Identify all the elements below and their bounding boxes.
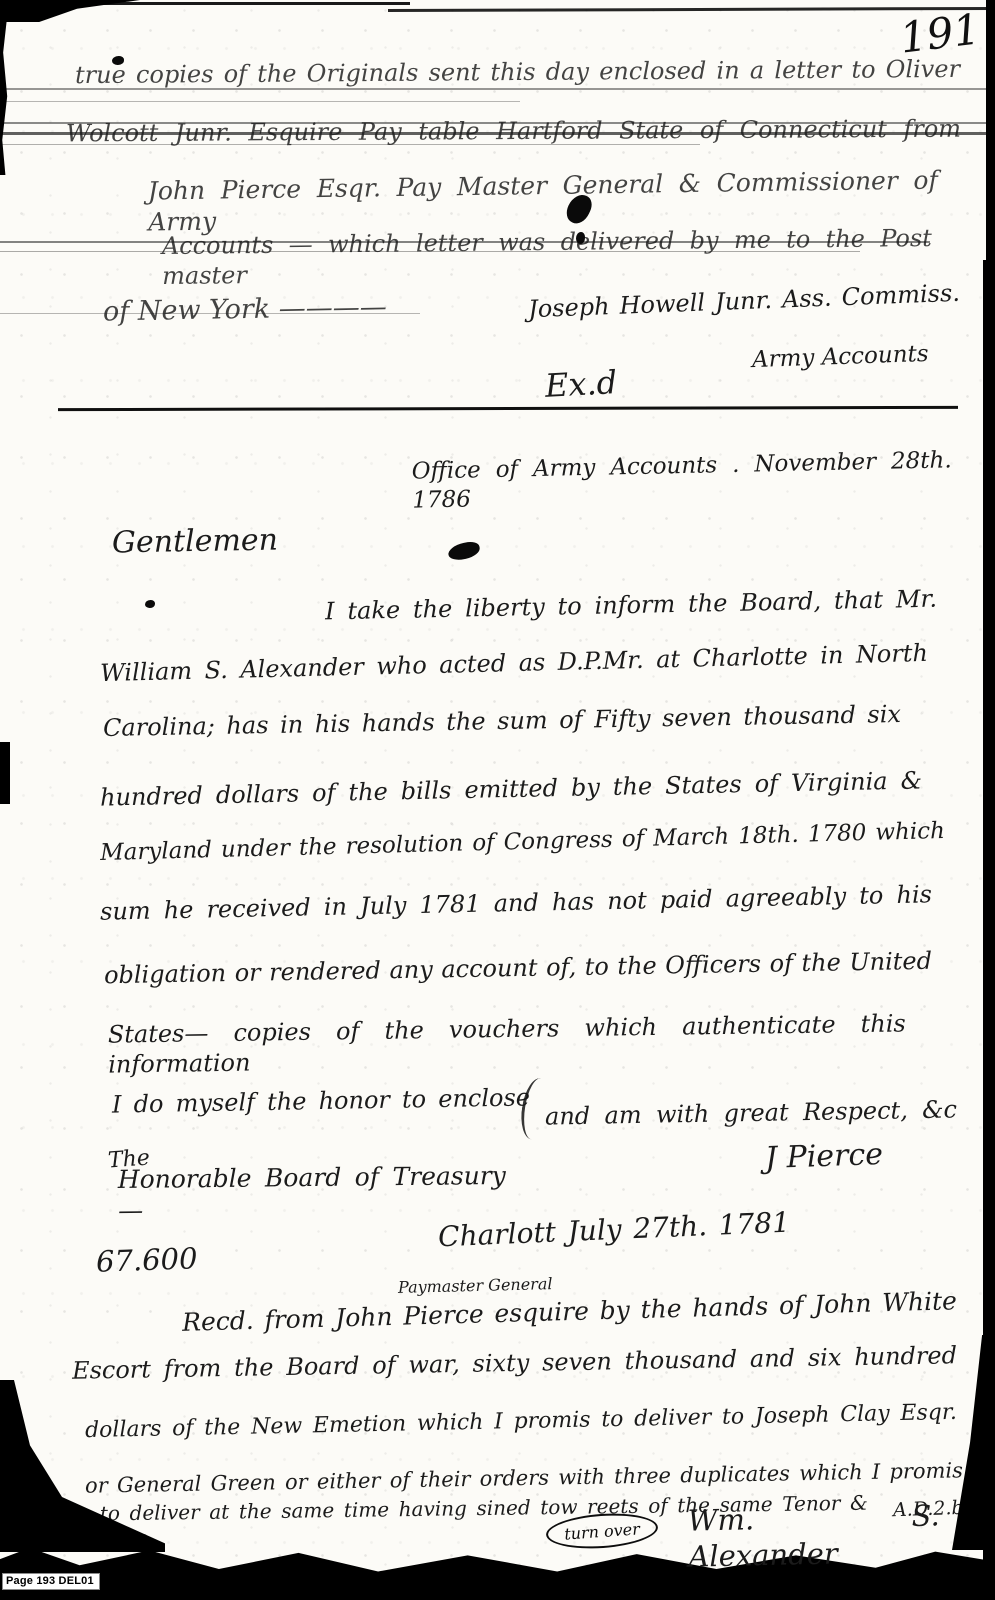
letter-signature: J Pierce	[764, 1136, 883, 1178]
docket-line: Wolcott Junr. Esquire Pay table Hartford…	[66, 114, 961, 149]
receipt-interline-note: Paymaster General	[398, 1274, 553, 1298]
ink-spot	[112, 56, 124, 65]
letter-salutation: Gentlemen	[112, 522, 279, 562]
docket-line: of New York ————	[103, 291, 387, 330]
letter-body-line: States— copies of the vouchers which aut…	[108, 1008, 907, 1079]
letter-dateline: Office of Army Accounts . November 28th.…	[411, 446, 952, 515]
scan-streak	[0, 101, 520, 102]
page-footer-label: Page 193 DEL01	[2, 1573, 100, 1590]
docket-signature-office: Army Accounts	[752, 340, 930, 375]
turn-over-label: turn over	[564, 1519, 641, 1543]
scan-edge-left	[0, 742, 10, 804]
docket-line: true copies of the Originals sent this d…	[75, 54, 960, 90]
ink-blot	[576, 232, 585, 244]
receipt-amount: 67.600	[95, 1240, 198, 1280]
docket-line: Accounts — which letter was delivered by…	[162, 223, 933, 291]
letter-addressee: Honorable Board of Treasury —	[118, 1160, 507, 1227]
document-scan: { "scan": { "handwritten_page_number": "…	[0, 0, 995, 1600]
ink-spot	[145, 600, 155, 608]
receipt-signature: Wm. S. Alexander	[687, 1497, 940, 1575]
examined-mark: Ex.d	[544, 362, 618, 406]
